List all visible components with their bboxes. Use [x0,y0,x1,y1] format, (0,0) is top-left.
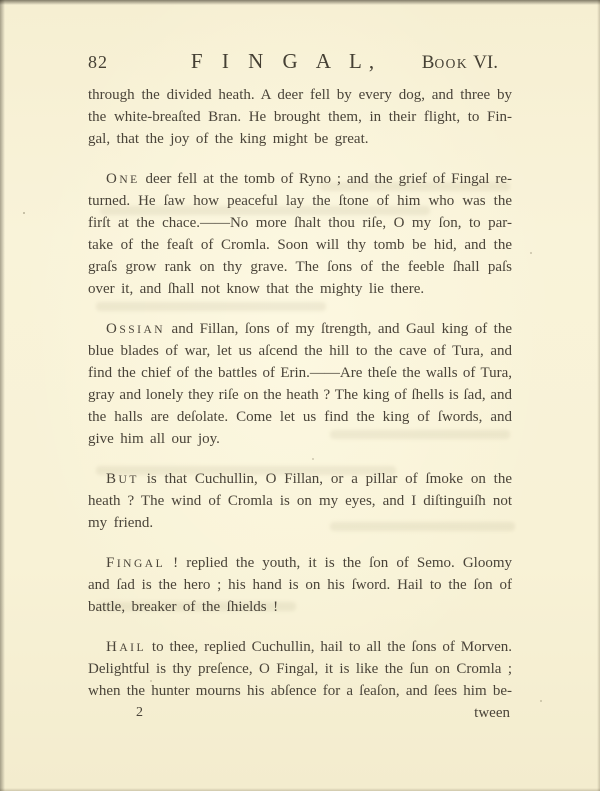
text-line: Delightful is thy preſence, O Fingal, it… [88,658,512,680]
lead-smallcaps: SSIAN [119,324,165,336]
line-text: to thee, replied Cuchullin, hail to all … [146,639,512,655]
small-caps-word: OSSIAN [106,321,165,337]
text-line: and ſad is the hero ; his hand is on his… [88,574,512,596]
text-line: HAIL to thee, replied Cuchullin, hail to… [88,636,512,658]
lead-capital: F [106,555,117,571]
lead-capital: B [106,471,119,487]
text-line: gal, that the joy of the king might be g… [88,128,512,150]
text-line: when the hunter mourns his abſence for a… [88,680,512,702]
small-caps-word: ONE [106,171,140,187]
text-line: turned. He ſaw how peaceful lay the ſton… [88,190,512,212]
lead-capital: O [106,321,119,337]
paragraph: OSSIAN and Fillan, ſons of my ſtrength, … [88,318,512,450]
book-numeral: VI. [473,52,498,73]
text-line: gray and lonely they riſe on the heath ?… [88,384,512,406]
text-line: BUT is that Cuchullin, O Fillan, or a pi… [88,468,512,490]
book-label-smallcaps: OOK [434,56,468,71]
text-line: ONE deer fell at the tomb of Ryno ; and … [88,168,512,190]
text-line: OSSIAN and Fillan, ſons of my ſtrength, … [88,318,512,340]
lead-smallcaps: AIL [119,642,146,654]
lead-capital: H [106,639,119,655]
lead-smallcaps: NE [119,174,139,186]
lead-capital: O [106,171,119,187]
text-line: heath ? The wind of Cromla is on my eyes… [88,490,512,512]
text-line: find the chief of the battles of Erin.——… [88,362,512,384]
small-caps-word: BUT [106,471,139,487]
page-number: 82 [88,51,108,73]
paragraph: BUT is that Cuchullin, O Fillan, or a pi… [88,468,512,534]
text-block: 82 F I N G A L, BOOKVI. through the divi… [88,0,512,791]
small-caps-word: FINGAL [106,555,165,571]
text-line: FINGAL ! replied the youth, it is the ſo… [88,552,512,574]
paragraph: FINGAL ! replied the youth, it is the ſo… [88,552,512,618]
text-line: give him all our joy. [88,428,512,450]
paragraph: HAIL to thee, replied Cuchullin, hail to… [88,636,512,702]
press-figure: 2 [136,702,143,724]
text-line: my friend. [88,512,512,534]
small-caps-word: HAIL [106,639,146,655]
book-label-lead: B [422,52,435,73]
text-line: through the divided heath. A deer fell b… [88,84,512,106]
book-label: BOOKVI. [422,52,498,75]
line-text: is that Cuchullin, O Fillan, or a pillar… [139,471,512,487]
page-title: F I N G A L, [191,50,381,72]
lead-smallcaps: INGAL [117,558,165,570]
text-line: over it, and ſhall not know that the mig… [88,278,512,300]
text-line: blue blades of war, let us aſcend the hi… [88,340,512,362]
line-text: and Fillan, ſons of my ſtrength, and Gau… [165,321,512,337]
text-line: graſs grow rank on thy grave. The ſons o… [88,256,512,278]
body-text: through the divided heath. A deer fell b… [88,84,512,702]
lead-smallcaps: UT [119,474,139,486]
text-line: the halls are deſolate. Come let us find… [88,406,512,428]
catchword: tween [474,702,510,724]
paragraph: through the divided heath. A deer fell b… [88,84,512,150]
text-line: firſt at the chace.——No more ſhalt thou … [88,212,512,234]
paper-specks [23,212,25,214]
text-line: take of the feaſt of Cromla. Soon will t… [88,234,512,256]
page-footer: 2 tween [88,702,512,724]
paragraph: ONE deer fell at the tomb of Ryno ; and … [88,168,512,300]
line-text: ! replied the youth, it is the ſon of Se… [165,555,512,571]
text-line: the white-breaſted Bran. He brought them… [88,106,512,128]
left-edge-shadow [0,0,5,791]
text-line: battle, breaker of the ſhields ! [88,596,512,618]
line-text: deer fell at the tomb of Ryno ; and the … [140,171,512,187]
book-page: 82 F I N G A L, BOOKVI. through the divi… [0,0,600,791]
running-header: 82 F I N G A L, BOOKVI. [88,50,512,72]
